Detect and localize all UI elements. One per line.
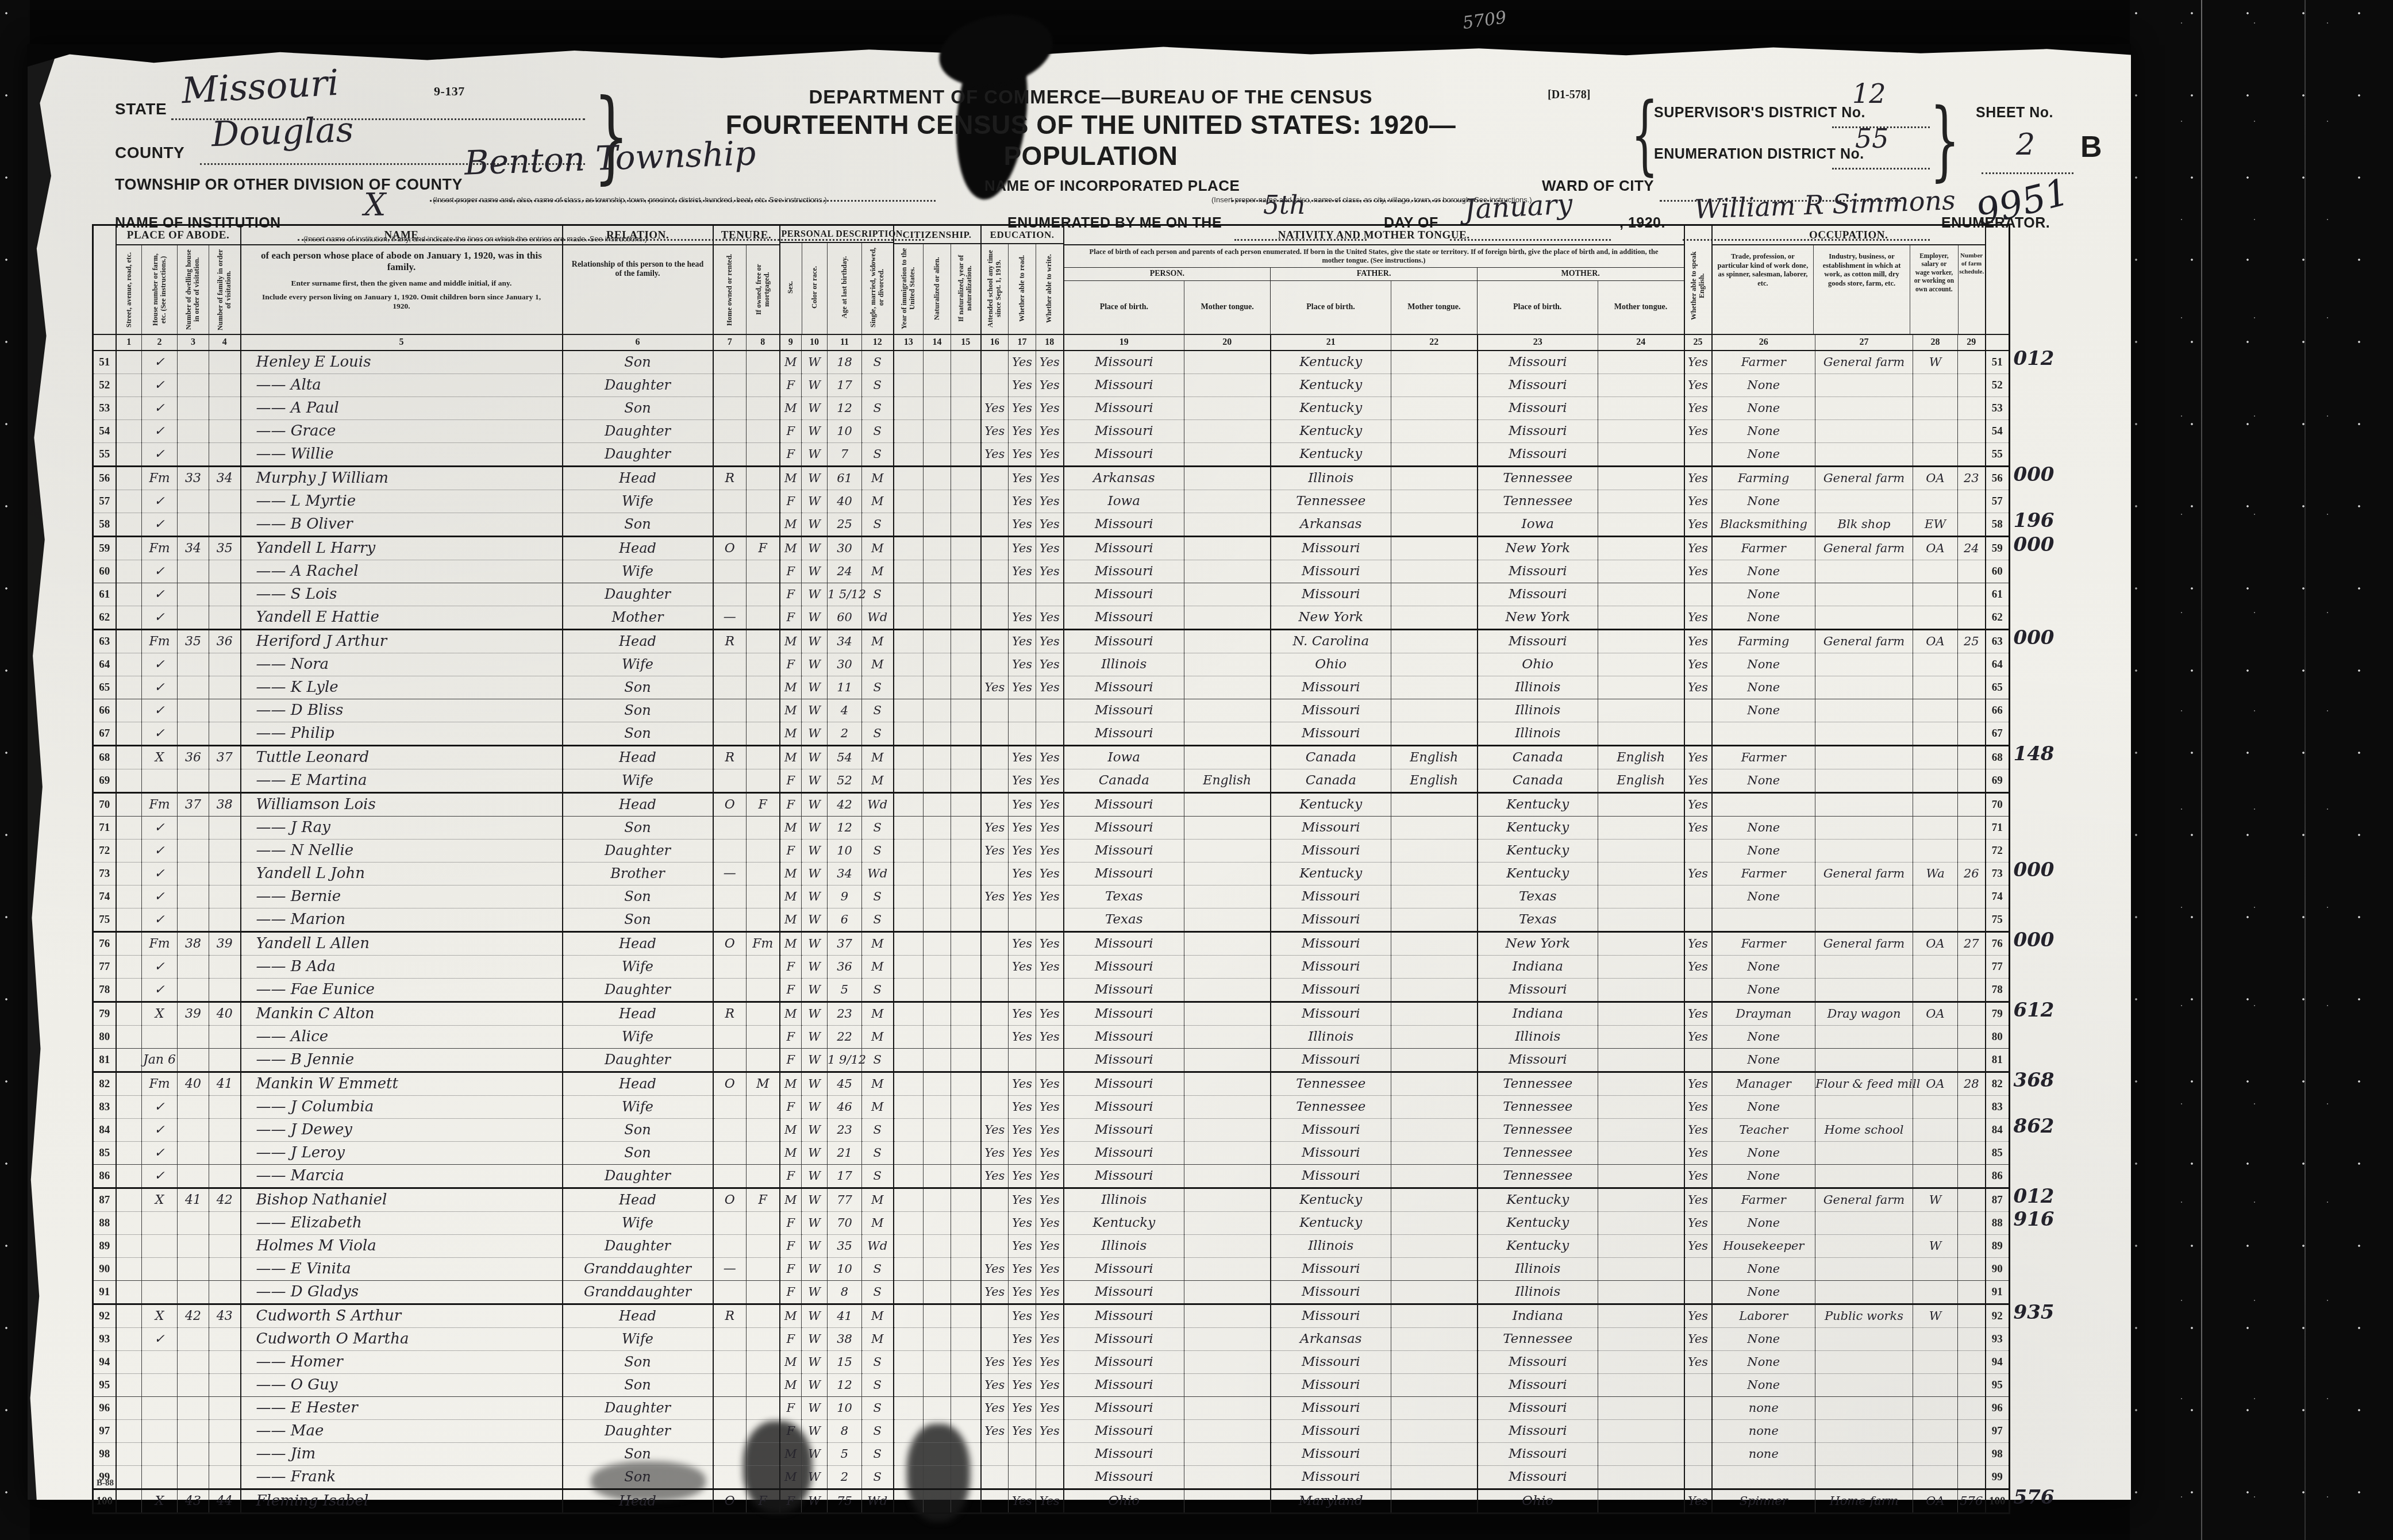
cell-naturalized xyxy=(924,746,951,769)
cell-color_or_race: W xyxy=(802,1235,828,1258)
cell-able_to_read: Yes xyxy=(1009,1258,1036,1281)
cell-house_or_farm: ✓ xyxy=(142,908,178,932)
cell-trade xyxy=(1712,1466,1815,1489)
cell-house_or_farm: X xyxy=(142,1304,178,1328)
cell-house_or_farm xyxy=(142,1258,178,1281)
cell-marital: M xyxy=(862,560,894,583)
cell-dwelling_no: 43 xyxy=(178,1489,209,1514)
cell-sex: F xyxy=(780,1258,802,1281)
cell-able_to_write: Yes xyxy=(1036,513,1064,537)
cell-father_place_of_birth: Missouri xyxy=(1271,560,1391,583)
cell-color_or_race: W xyxy=(802,1443,828,1466)
cell-street xyxy=(116,722,142,746)
cell-sex: M xyxy=(780,537,802,560)
cell-industry: Dray wagon xyxy=(1815,1002,1913,1026)
cell-marital: Wd xyxy=(862,793,894,817)
cell-mother_mother_tongue xyxy=(1598,374,1684,397)
cell-father_place_of_birth: Ohio xyxy=(1271,653,1391,676)
cell-place_of_birth: Missouri xyxy=(1064,1026,1184,1049)
cell-speaks_english: Yes xyxy=(1684,1188,1712,1212)
cell-mother_tongue xyxy=(1184,443,1271,467)
cell-father_mother_tongue xyxy=(1391,653,1478,676)
cell-place_of_birth: Missouri xyxy=(1064,1328,1184,1351)
cell-immigration_year xyxy=(894,699,924,722)
cell-father_mother_tongue xyxy=(1391,1165,1478,1188)
census-row-73: 73✓Yandell L JohnBrother—MW34WdYesYesMis… xyxy=(93,863,2010,885)
cell-name: Henley E Louis xyxy=(241,351,563,374)
cell-place_of_birth: Missouri xyxy=(1064,1420,1184,1443)
cell-father_place_of_birth: Missouri xyxy=(1271,1049,1391,1072)
cell-line: 80 xyxy=(93,1026,116,1049)
cell-mother_mother_tongue xyxy=(1598,1142,1684,1165)
cell-mother_place_of_birth: Tennessee xyxy=(1478,1096,1598,1119)
cell-place_of_birth: Missouri xyxy=(1064,817,1184,840)
cell-marital: Wd xyxy=(862,606,894,630)
cell-line: 73 xyxy=(93,863,116,885)
cell-immigration_year xyxy=(894,1328,924,1351)
cell-farm_schedule_no xyxy=(1958,1212,1986,1235)
cell-mother_mother_tongue xyxy=(1598,1397,1684,1420)
cell-place_of_birth: Illinois xyxy=(1064,1235,1184,1258)
occupation-group-header: OCCUPATION. Trade, profession, or partic… xyxy=(1712,225,1986,335)
cell-trade: None xyxy=(1712,1281,1815,1304)
cell-father_mother_tongue xyxy=(1391,1489,1478,1514)
census-row-52: 52✓—— AltaDaughterFW17SYesYesMissouriKen… xyxy=(93,374,2010,397)
film-scratch xyxy=(2304,0,2306,1540)
cell-street xyxy=(116,1351,142,1374)
cell-naturalized xyxy=(924,840,951,863)
cell-mother_place_of_birth: Missouri xyxy=(1478,1420,1598,1443)
cell-dwelling_no xyxy=(178,1420,209,1443)
cell-employment_class xyxy=(1913,560,1958,583)
census-row-96: 96—— E HesterDaughterFW10SYesYesYesMisso… xyxy=(93,1397,2010,1420)
cell-line: 54 xyxy=(1986,420,2010,443)
cell-age: 38 xyxy=(828,1328,862,1351)
cell-place_of_birth: Ohio xyxy=(1064,1489,1184,1514)
cell-attended_school xyxy=(981,513,1009,537)
cell-father_mother_tongue xyxy=(1391,1096,1478,1119)
cell-mother_tongue xyxy=(1184,840,1271,863)
cell-home_owned_or_rented xyxy=(713,1049,747,1072)
cell-line: 70 xyxy=(1986,793,2010,817)
cell-age: 41 xyxy=(828,1304,862,1328)
cell-relation: Head xyxy=(563,1489,713,1514)
cell-speaks_english: Yes xyxy=(1684,1119,1712,1142)
cell-sex: F xyxy=(780,1165,802,1188)
cell-able_to_write: Yes xyxy=(1036,863,1064,885)
cell-marital: S xyxy=(862,374,894,397)
cell-employment_class xyxy=(1913,1119,1958,1142)
cell-able_to_write: Yes xyxy=(1036,1119,1064,1142)
cell-dwelling_no: 38 xyxy=(178,932,209,956)
cell-home_owned_or_rented xyxy=(713,583,747,606)
census-row-90: 90—— E VinitaGranddaughter—FW10SYesYesYe… xyxy=(93,1258,2010,1281)
cell-marital: M xyxy=(862,1212,894,1235)
cell-able_to_read: Yes xyxy=(1009,956,1036,979)
cell-naturalization_year xyxy=(951,1489,981,1514)
cell-owned_free_or_mortgaged xyxy=(747,443,780,467)
cell-mother_place_of_birth: New York xyxy=(1478,537,1598,560)
cell-industry xyxy=(1815,374,1913,397)
cell-house_or_farm xyxy=(142,1397,178,1420)
cell-street xyxy=(116,1258,142,1281)
cell-naturalization_year xyxy=(951,1026,981,1049)
cell-able_to_write xyxy=(1036,1443,1064,1466)
cell-employment_class xyxy=(1913,1026,1958,1049)
cell-color_or_race: W xyxy=(802,1096,828,1119)
cell-house_or_farm xyxy=(142,1026,178,1049)
cell-naturalized xyxy=(924,1049,951,1072)
census-row-75: 75✓—— MarionSonMW6STexasMissouriTexas75 xyxy=(93,908,2010,932)
col-read-label: Whether able to read. xyxy=(1018,247,1026,330)
cell-naturalization_year xyxy=(951,1002,981,1026)
cell-mother_mother_tongue xyxy=(1598,513,1684,537)
cell-industry: Blk shop xyxy=(1815,513,1913,537)
margin-stamp: 148 xyxy=(2014,744,2055,764)
cell-mother_tongue xyxy=(1184,746,1271,769)
cell-mother_place_of_birth: Indiana xyxy=(1478,1304,1598,1328)
column-number-20: 20 xyxy=(1184,334,1271,351)
cell-able_to_read: Yes xyxy=(1009,1235,1036,1258)
cell-father_place_of_birth: Missouri xyxy=(1271,1002,1391,1026)
cell-mother_place_of_birth: Missouri xyxy=(1478,1374,1598,1397)
cell-street xyxy=(116,817,142,840)
cell-marital: S xyxy=(862,513,894,537)
cell-naturalized xyxy=(924,979,951,1002)
sheet-value: 2 xyxy=(2016,130,2035,160)
cell-father_mother_tongue xyxy=(1391,1142,1478,1165)
cell-able_to_write xyxy=(1036,1466,1064,1489)
cell-immigration_year xyxy=(894,653,924,676)
cell-owned_free_or_mortgaged xyxy=(747,1443,780,1466)
cell-place_of_birth: Missouri xyxy=(1064,583,1184,606)
cell-mother_tongue xyxy=(1184,932,1271,956)
cell-farm_schedule_no: 25 xyxy=(1958,630,1986,653)
cell-family_no xyxy=(209,676,241,699)
cell-farm_schedule_no xyxy=(1958,885,1986,908)
cell-trade: None xyxy=(1712,699,1815,722)
census-title: FOURTEENTH CENSUS OF THE UNITED STATES: … xyxy=(648,109,1533,171)
cell-speaks_english: Yes xyxy=(1684,653,1712,676)
cell-father_place_of_birth: Missouri xyxy=(1271,908,1391,932)
cell-family_no xyxy=(209,374,241,397)
cell-name: —— Nora xyxy=(241,653,563,676)
cell-mother_mother_tongue xyxy=(1598,583,1684,606)
cell-line: 68148 xyxy=(1986,746,2010,769)
cell-line: 63000 xyxy=(1986,630,2010,653)
cell-attended_school: Yes xyxy=(981,885,1009,908)
cell-line: 97 xyxy=(1986,1420,2010,1443)
cell-line: 57 xyxy=(93,490,116,513)
cell-mother_mother_tongue xyxy=(1598,932,1684,956)
cell-mother_place_of_birth: Kentucky xyxy=(1478,1212,1598,1235)
cell-sex: F xyxy=(780,1489,802,1514)
cell-farm_schedule_no xyxy=(1958,699,1986,722)
cell-mother_place_of_birth: Tennessee xyxy=(1478,1328,1598,1351)
census-table: PLACE OF ABODE. Street, avenue, road, et… xyxy=(92,224,2010,1514)
scanned-census-page: { "header": { "form_number": "9-137", "p… xyxy=(0,0,2393,1540)
cell-sex: F xyxy=(780,1026,802,1049)
cell-naturalized xyxy=(924,630,951,653)
cell-father_mother_tongue: English xyxy=(1391,746,1478,769)
margin-stamp: 862 xyxy=(2014,1116,2055,1136)
cell-age: 24 xyxy=(828,560,862,583)
cell-naturalization_year xyxy=(951,467,981,490)
cell-immigration_year xyxy=(894,1026,924,1049)
cell-line: 67 xyxy=(93,722,116,746)
cell-immigration_year xyxy=(894,443,924,467)
cell-relation: Wife xyxy=(563,560,713,583)
column-number-11: 11 xyxy=(828,334,862,351)
cell-speaks_english xyxy=(1684,1466,1712,1489)
cell-family_no xyxy=(209,420,241,443)
cell-house_or_farm: X xyxy=(142,746,178,769)
cell-family_no xyxy=(209,1235,241,1258)
cell-dwelling_no xyxy=(178,1374,209,1397)
cell-house_or_farm: ✓ xyxy=(142,420,178,443)
cell-house_or_farm: ✓ xyxy=(142,817,178,840)
cell-place_of_birth: Missouri xyxy=(1064,932,1184,956)
cell-industry xyxy=(1815,1026,1913,1049)
cell-street xyxy=(116,979,142,1002)
cell-attended_school xyxy=(981,769,1009,793)
cell-home_owned_or_rented: O xyxy=(713,1489,747,1514)
cell-name: Williamson Lois xyxy=(241,793,563,817)
cell-speaks_english: Yes xyxy=(1684,1096,1712,1119)
cell-color_or_race: W xyxy=(802,676,828,699)
cell-mother_mother_tongue xyxy=(1598,1002,1684,1026)
cell-house_or_farm: ✓ xyxy=(142,351,178,374)
cell-trade: Drayman xyxy=(1712,1002,1815,1026)
cell-name: Cudworth S Arthur xyxy=(241,1304,563,1328)
cell-line: 84862 xyxy=(1986,1119,2010,1142)
cell-able_to_read: Yes xyxy=(1009,1142,1036,1165)
cell-street xyxy=(116,793,142,817)
cell-naturalization_year xyxy=(951,560,981,583)
cell-house_or_farm: ✓ xyxy=(142,885,178,908)
cell-sex: F xyxy=(780,793,802,817)
cell-naturalized xyxy=(924,1397,951,1420)
cell-mother_mother_tongue xyxy=(1598,1466,1684,1489)
cell-sex: M xyxy=(780,817,802,840)
cell-industry: General farm xyxy=(1815,467,1913,490)
cell-name: —— Philip xyxy=(241,722,563,746)
cell-employment_class: W xyxy=(1913,1188,1958,1212)
column-number-3: 3 xyxy=(178,334,209,351)
cell-place_of_birth: Missouri xyxy=(1064,630,1184,653)
cell-industry xyxy=(1815,840,1913,863)
cell-place_of_birth: Illinois xyxy=(1064,653,1184,676)
cell-relation: Daughter xyxy=(563,420,713,443)
cell-trade: Blacksmithing xyxy=(1712,513,1815,537)
cell-able_to_read xyxy=(1009,1049,1036,1072)
cell-place_of_birth: Missouri xyxy=(1064,840,1184,863)
cell-able_to_read: Yes xyxy=(1009,537,1036,560)
cell-home_owned_or_rented xyxy=(713,1466,747,1489)
cell-owned_free_or_mortgaged xyxy=(747,840,780,863)
cell-family_no xyxy=(209,1096,241,1119)
col-nat-year-label: If naturalized, year of naturalization. xyxy=(957,247,974,330)
cell-speaks_english: Yes xyxy=(1684,374,1712,397)
cell-family_no xyxy=(209,979,241,1002)
cell-line: 53 xyxy=(1986,397,2010,420)
cell-mother_tongue xyxy=(1184,653,1271,676)
cell-farm_schedule_no xyxy=(1958,560,1986,583)
cell-house_or_farm: ✓ xyxy=(142,840,178,863)
cell-family_no: 39 xyxy=(209,932,241,956)
cell-immigration_year xyxy=(894,513,924,537)
census-row-65: 65✓—— K LyleSonMW11SYesYesYesMissouriMis… xyxy=(93,676,2010,699)
cell-naturalization_year xyxy=(951,420,981,443)
cell-line: 94 xyxy=(93,1351,116,1374)
cell-speaks_english: Yes xyxy=(1684,467,1712,490)
cell-mother_mother_tongue xyxy=(1598,1374,1684,1397)
cell-attended_school: Yes xyxy=(981,443,1009,467)
cell-line: 55 xyxy=(1986,443,2010,467)
cell-age: 17 xyxy=(828,1165,862,1188)
cell-sex: M xyxy=(780,1351,802,1374)
cell-naturalized xyxy=(924,513,951,537)
cell-farm_schedule_no xyxy=(1958,606,1986,630)
cell-relation: Daughter xyxy=(563,1420,713,1443)
cell-mother_mother_tongue xyxy=(1598,979,1684,1002)
cell-mother_tongue xyxy=(1184,1119,1271,1142)
cell-marital: S xyxy=(862,817,894,840)
cell-house_or_farm xyxy=(142,1466,178,1489)
cell-owned_free_or_mortgaged xyxy=(747,769,780,793)
cell-speaks_english: Yes xyxy=(1684,956,1712,979)
cell-relation: Wife xyxy=(563,1212,713,1235)
cell-line: 92935 xyxy=(1986,1304,2010,1328)
cell-line: 76000 xyxy=(1986,932,2010,956)
cell-mother_place_of_birth: New York xyxy=(1478,606,1598,630)
citizenship-group-header: CITIZENSHIP. Year of immigration to the … xyxy=(894,225,981,335)
cell-trade: None xyxy=(1712,1351,1815,1374)
cell-naturalization_year xyxy=(951,699,981,722)
cell-mother_place_of_birth: Illinois xyxy=(1478,699,1598,722)
cell-employment_class xyxy=(1913,490,1958,513)
cell-place_of_birth: Missouri xyxy=(1064,699,1184,722)
cell-farm_schedule_no xyxy=(1958,1281,1986,1304)
cell-farm_schedule_no xyxy=(1958,420,1986,443)
col-english-label: Whether able to speak English. xyxy=(1690,244,1706,328)
cell-relation: Daughter xyxy=(563,583,713,606)
cell-naturalization_year xyxy=(951,443,981,467)
census-row-72: 72✓—— N NellieDaughterFW10SYesYesYesMiss… xyxy=(93,840,2010,863)
cell-house_or_farm: ✓ xyxy=(142,490,178,513)
cell-family_no xyxy=(209,513,241,537)
cell-home_owned_or_rented xyxy=(713,817,747,840)
cell-father_mother_tongue xyxy=(1391,1002,1478,1026)
cell-attended_school xyxy=(981,908,1009,932)
cell-name: Murphy J William xyxy=(241,467,563,490)
cell-owned_free_or_mortgaged xyxy=(747,606,780,630)
cell-family_no xyxy=(209,908,241,932)
cell-naturalization_year xyxy=(951,1119,981,1142)
cell-naturalized xyxy=(924,1281,951,1304)
cell-age: 52 xyxy=(828,769,862,793)
cell-speaks_english: Yes xyxy=(1684,630,1712,653)
cell-father_mother_tongue xyxy=(1391,1281,1478,1304)
cell-house_or_farm: Fm xyxy=(142,1072,178,1096)
cell-age: 12 xyxy=(828,817,862,840)
relation-group-header: RELATION. Relationship of this person to… xyxy=(563,225,713,335)
cell-able_to_read: Yes xyxy=(1009,1351,1036,1374)
cell-speaks_english: Yes xyxy=(1684,606,1712,630)
cell-mother_mother_tongue xyxy=(1598,1165,1684,1188)
cell-attended_school xyxy=(981,1489,1009,1514)
cell-trade: none xyxy=(1712,1397,1815,1420)
cell-mother_tongue xyxy=(1184,490,1271,513)
cell-house_or_farm: ✓ xyxy=(142,863,178,885)
cell-naturalized xyxy=(924,1489,951,1514)
cell-age: 70 xyxy=(828,1212,862,1235)
cell-place_of_birth: Missouri xyxy=(1064,1142,1184,1165)
cell-sex: M xyxy=(780,1443,802,1466)
cell-age: 18 xyxy=(828,351,862,374)
cell-able_to_read: Yes xyxy=(1009,351,1036,374)
cell-line: 66 xyxy=(1986,699,2010,722)
cell-father_place_of_birth: Missouri xyxy=(1271,956,1391,979)
cell-father_mother_tongue xyxy=(1391,467,1478,490)
cell-naturalized xyxy=(924,1165,951,1188)
mother-pob-label: Place of birth. xyxy=(1477,281,1598,334)
cell-relation: Granddaughter xyxy=(563,1281,713,1304)
cell-employment_class xyxy=(1913,956,1958,979)
cell-marital: S xyxy=(862,397,894,420)
cell-mother_tongue xyxy=(1184,374,1271,397)
cell-house_or_farm: ✓ xyxy=(142,979,178,1002)
cell-age: 42 xyxy=(828,793,862,817)
cell-mother_tongue xyxy=(1184,1096,1271,1119)
cell-industry xyxy=(1815,1420,1913,1443)
cell-father_mother_tongue xyxy=(1391,490,1478,513)
cell-line: 84 xyxy=(93,1119,116,1142)
cell-mother_mother_tongue xyxy=(1598,699,1684,722)
cell-farm_schedule_no xyxy=(1958,1420,1986,1443)
cell-line: 98 xyxy=(93,1443,116,1466)
cell-line: 68 xyxy=(93,746,116,769)
state-value: Missouri xyxy=(181,65,340,109)
cell-industry xyxy=(1815,606,1913,630)
cell-relation: Wife xyxy=(563,956,713,979)
cell-industry xyxy=(1815,722,1913,746)
cell-attended_school: Yes xyxy=(981,1351,1009,1374)
cell-father_place_of_birth: Missouri xyxy=(1271,1420,1391,1443)
cell-house_or_farm: Fm xyxy=(142,793,178,817)
cell-dwelling_no xyxy=(178,1397,209,1420)
cell-color_or_race: W xyxy=(802,1072,828,1096)
cell-marital: S xyxy=(862,1142,894,1165)
cell-owned_free_or_mortgaged xyxy=(747,1165,780,1188)
cell-color_or_race: W xyxy=(802,793,828,817)
cell-naturalized xyxy=(924,351,951,374)
cell-line: 51012 xyxy=(1986,351,2010,374)
cell-industry xyxy=(1815,1212,1913,1235)
cell-street xyxy=(116,606,142,630)
cell-father_mother_tongue xyxy=(1391,817,1478,840)
sheet-letter: B xyxy=(2080,130,2102,164)
cell-naturalized xyxy=(924,560,951,583)
cell-color_or_race: W xyxy=(802,1212,828,1235)
cell-color_or_race: W xyxy=(802,1188,828,1212)
cell-family_no xyxy=(209,817,241,840)
cell-trade: None xyxy=(1712,560,1815,583)
cell-employment_class: W xyxy=(1913,1304,1958,1328)
cell-industry: General farm xyxy=(1815,537,1913,560)
cell-employment_class: OA xyxy=(1913,1489,1958,1514)
cell-farm_schedule_no xyxy=(1958,769,1986,793)
